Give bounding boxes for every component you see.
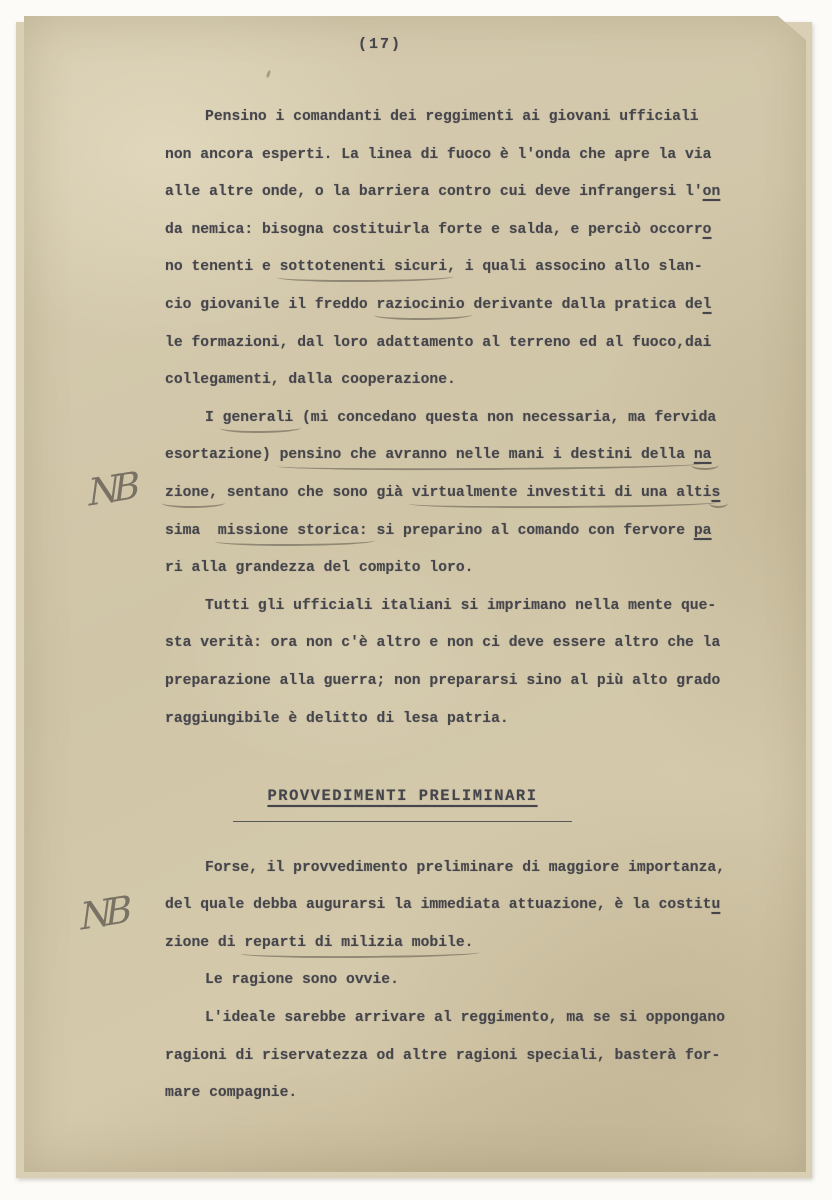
- text-line: non ancora esperti. La linea di fuoco è …: [165, 137, 736, 175]
- text-line: cio giovanile il freddo raziocinio deriv…: [165, 287, 736, 325]
- pencil-underlined-text: missione storica:: [218, 523, 368, 539]
- section-heading-row: PROVVEDIMENTI PRELIMINARI: [165, 778, 640, 822]
- text-line: sta verità: ora non c'è altro e non ci d…: [165, 625, 736, 663]
- text-segment: (mi concedano questa non necessaria, ma …: [293, 410, 716, 426]
- text-line: L'ideale sarebbe arrivare al reggimento,…: [165, 1000, 736, 1038]
- text-segment: ragioni di riservatezza od altre ragioni…: [165, 1048, 720, 1064]
- text-segment: raggiungibile è delitto di lesa patria.: [165, 711, 509, 727]
- text-segment: ri alla grandezza del compito loro.: [165, 560, 474, 576]
- text-segment: zione di: [165, 935, 244, 951]
- text-line: zione, sentano che sono già virtualmente…: [165, 475, 736, 513]
- text-segment: non ancora esperti. La linea di fuoco è …: [165, 147, 711, 163]
- pencil-underlined-text: zione,: [165, 485, 218, 501]
- typed-underlined-text: on: [703, 184, 721, 200]
- paragraph: Le ragione sono ovvie.: [165, 962, 736, 1000]
- text-flow-before-heading: Pensino i comandanti dei reggimenti ai g…: [165, 99, 736, 738]
- pencil-underlined-text: pensino che avranno nelle mani i destini…: [280, 447, 694, 463]
- text-segment: Forse, il provvedimento preliminare di m…: [205, 860, 725, 876]
- text-line: preparazione alla guerra; non prepararsi…: [165, 663, 736, 701]
- handwritten-nb-note: NB: [87, 464, 134, 514]
- text-segment: sima: [165, 523, 218, 539]
- text-line: ri alla grandezza del compito loro.: [165, 550, 736, 588]
- text-line: esortazione) pensino che avranno nelle m…: [165, 437, 736, 475]
- text-segment: L'ideale sarebbe arrivare al reggimento,…: [205, 1010, 725, 1026]
- text-segment: le formazioni, dal loro adattamento al t…: [165, 335, 711, 351]
- text-line: zione di reparti di milizia mobile.: [165, 925, 736, 963]
- text-line: le formazioni, dal loro adattamento al t…: [165, 325, 736, 363]
- typed-underlined-text: pa: [694, 523, 712, 539]
- text-line: alle altre onde, o la barriera contro cu…: [165, 174, 736, 212]
- text-segment: sentano che sono già: [218, 485, 412, 501]
- text-segment: , i quali associno allo slan-: [447, 259, 703, 275]
- paragraph: Forse, il provvedimento preliminare di m…: [165, 850, 736, 963]
- text-line: raggiungibile è delitto di lesa patria.: [165, 701, 736, 739]
- heading-underline-rule: PROVVEDIMENTI PRELIMINARI: [233, 778, 571, 822]
- text-line: da nemica: bisogna costituirla forte e s…: [165, 212, 736, 250]
- text-segment: del quale debba augurarsi la immediata a…: [165, 897, 711, 913]
- pencil-underlined-text: sottotenenti sicuri: [280, 259, 447, 275]
- text-segment: I: [205, 410, 223, 426]
- text-segment: alle altre onde, o la barriera contro cu…: [165, 184, 703, 200]
- text-line: Tutti gli ufficiali italiani si impriman…: [165, 588, 736, 626]
- pencil-underlined-text: raziocinio: [377, 297, 465, 313]
- text-line: del quale debba augurarsi la immediata a…: [165, 887, 736, 925]
- text-flow-after-heading: Forse, il provvedimento preliminare di m…: [165, 850, 736, 1113]
- text-segment: si preparino al comando con fervore: [368, 523, 694, 539]
- text-line: no tenenti e sottotenenti sicuri, i qual…: [165, 249, 736, 287]
- paragraph: I generali (mi concedano questa non nece…: [165, 400, 736, 588]
- text-line: ragioni di riservatezza od altre ragioni…: [165, 1038, 736, 1076]
- typed-underlined-text: u: [711, 897, 720, 913]
- text-segment: Le ragione sono ovvie.: [205, 972, 399, 988]
- pencil-underlined-text: virtualmente investiti di una alti: [412, 485, 712, 501]
- pencil-underlined-text: s: [712, 485, 721, 501]
- text-line: I generali (mi concedano questa non nece…: [165, 400, 736, 438]
- paragraph: Pensino i comandanti dei reggimenti ai g…: [165, 99, 736, 400]
- text-line: collegamenti, dalla cooperazione.: [165, 362, 736, 400]
- text-line: mare compagnie.: [165, 1075, 736, 1113]
- section-heading: PROVVEDIMENTI PRELIMINARI: [267, 787, 537, 805]
- text-segment: preparazione alla guerra; non prepararsi…: [165, 673, 720, 689]
- text-segment: sta verità: ora non c'è altro e non ci d…: [165, 635, 720, 651]
- text-segment: mare compagnie.: [165, 1085, 297, 1101]
- pencil-underlined-text: na: [694, 447, 712, 463]
- pencil-underlined-text: reparti di milizia mobile.: [244, 935, 473, 951]
- text-line: Forse, il provvedimento preliminare di m…: [165, 850, 736, 888]
- text-line: Le ragione sono ovvie.: [165, 962, 736, 1000]
- text-segment: da nemica: bisogna costituirla forte e s…: [165, 222, 703, 238]
- text-segment: esortazione): [165, 447, 280, 463]
- handwritten-nb-note: NB: [79, 888, 126, 938]
- text-line: sima missione storica: si preparino al c…: [165, 513, 736, 551]
- paragraph: L'ideale sarebbe arrivare al reggimento,…: [165, 1000, 736, 1113]
- typed-underlined-text: l: [703, 297, 712, 313]
- text-segment: collegamenti, dalla cooperazione.: [165, 372, 456, 388]
- text-segment: Tutti gli ufficiali italiani si impriman…: [205, 598, 716, 614]
- typewritten-page: (17) Pensino i comandanti dei reggimenti…: [24, 16, 806, 1172]
- text-segment: cio giovanile il freddo: [165, 297, 377, 313]
- typed-underlined-text: o: [703, 222, 712, 238]
- text-segment: no tenenti e: [165, 259, 280, 275]
- text-segment: Pensino i comandanti dei reggimenti ai g…: [205, 109, 699, 125]
- page-number: (17): [24, 36, 736, 53]
- text-segment: derivante dalla pratica de: [465, 297, 703, 313]
- pencil-underlined-text: generali: [223, 410, 294, 426]
- paragraph: Tutti gli ufficiali italiani si impriman…: [165, 588, 736, 738]
- text-line: Pensino i comandanti dei reggimenti ai g…: [165, 99, 736, 137]
- page-content: Pensino i comandanti dei reggimenti ai g…: [24, 99, 806, 1113]
